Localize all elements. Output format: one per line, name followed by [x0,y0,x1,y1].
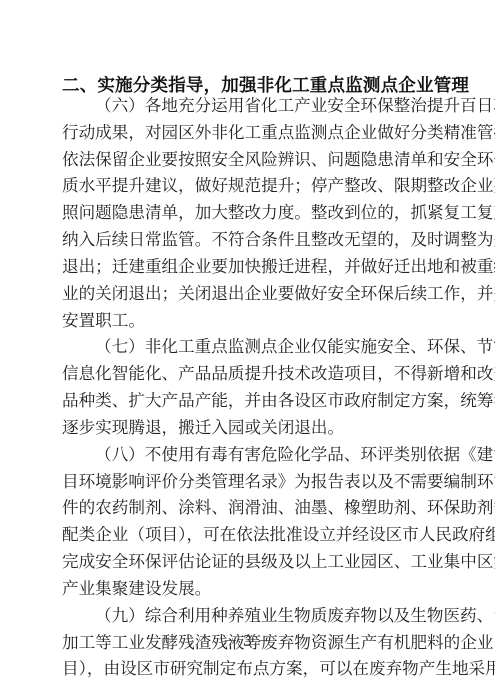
paragraph-line: （九）综合利用种养殖业生物质废弃物以及生物医药、食品 [62,603,434,630]
paragraph-line: 完成安全环保评估论证的县级及以上工业园区、工业集中区实施 [62,549,434,576]
paragraph-line: 逐步实现腾退，搬迁入园或关闭退出。 [62,415,434,442]
paragraph-line: 纳入后续日常监管。不符合条件且整改无望的，及时调整为关闭 [62,227,434,254]
paragraph-line: 业的关闭退出；关闭退出企业要做好安全环保后续工作，并妥善 [62,281,434,308]
paragraph-line: 品种类、扩大产品产能，并由各设区市政府制定方案，统筹考虑 [62,388,434,415]
paragraph-line: 依法保留企业要按照安全风险辨识、问题隐患清单和安全环保本 [62,147,434,174]
document-page: 二、实施分类指导，加强非化工重点监测点企业管理 （六）各地充分运用省化工产业安全… [0,0,495,700]
paragraph-line: （七）非化工重点监测点企业仅能实施安全、环保、节能、 [62,334,434,361]
paragraph-line: 配类企业（项目），可在依法批准设立并经设区市人民政府组织 [62,522,434,549]
paragraph-line: （八）不使用有毒有害危险化学品、环评类别依据《建设项 [62,442,434,469]
paragraph-line: 行动成果，对园区外非化工重点监测点企业做好分类精准管控。 [62,120,434,147]
paragraph-line: 安置职工。 [62,308,434,335]
paragraph-line: （六）各地充分运用省化工产业安全环保整治提升百日攻坚 [62,93,434,120]
page-number: － 3 － [0,630,495,651]
paragraph-line: 目环境影响评价分类管理名录》为报告表以及不需要编制环评文 [62,469,434,496]
paragraph-line: 产业集聚建设发展。 [62,576,434,603]
paragraph-line: 目），由设区市研究制定布点方案，可以在废弃物产生地采用密 [62,656,434,683]
document-body: （六）各地充分运用省化工产业安全环保整治提升百日攻坚行动成果，对园区外非化工重点… [62,93,434,683]
paragraph-line: 照问题隐患清单，加大整改力度。整改到位的，抓紧复工复产并 [62,200,434,227]
paragraph-line: 件的农药制剂、涂料、润滑油、油墨、橡塑助剂、环保助剂等复 [62,495,434,522]
paragraph-line: 退出；迁建重组企业要加快搬迁进程，并做好迁出地和被重组企 [62,254,434,281]
paragraph-line: 信息化智能化、产品品质提升技术改造项目，不得新增和改变产 [62,361,434,388]
paragraph-line: 质水平提升建议，做好规范提升；停产整改、限期整改企业要对 [62,173,434,200]
